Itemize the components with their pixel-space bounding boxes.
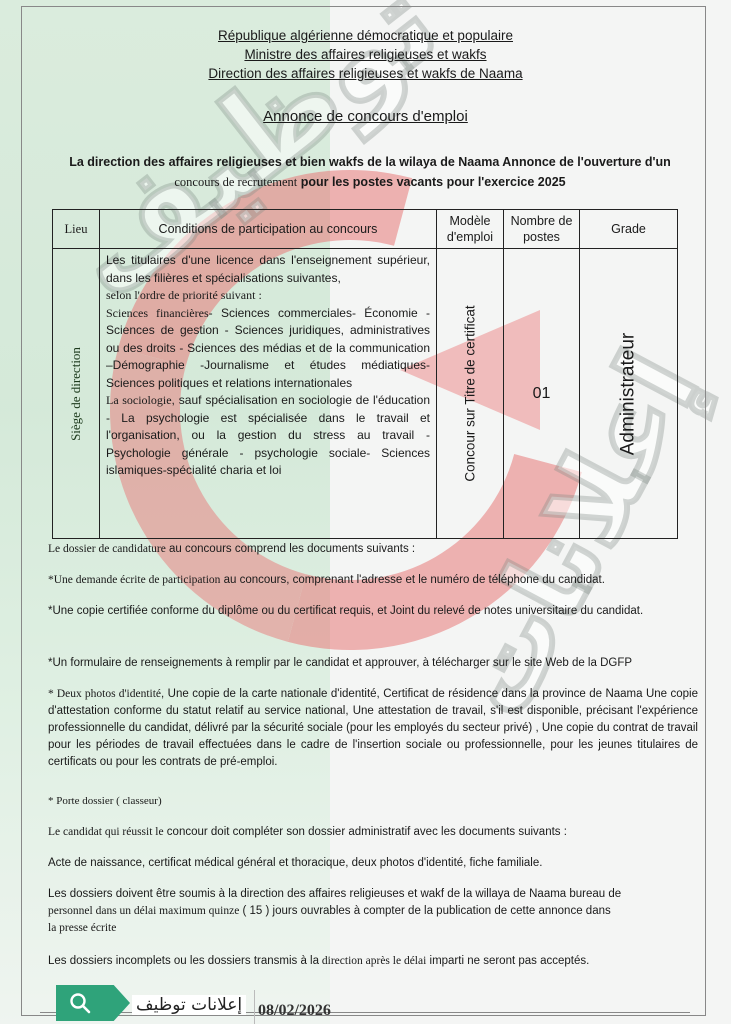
- search-icon: [68, 991, 92, 1015]
- header-republic: République algérienne démocratique et po…: [0, 28, 731, 43]
- footer-separator: [254, 990, 255, 1024]
- publish-date: 08/02/2026: [258, 1002, 331, 1020]
- cell-conditions: Les titulaires d'une licence dans l'ense…: [100, 249, 437, 539]
- cell-nombre: 01: [504, 249, 580, 539]
- page-title: Annonce de concours d'emploi: [0, 108, 731, 125]
- table-row: Siège de direction Les titulaires d'une …: [53, 249, 678, 539]
- submission-notice: Les dossiers doivent être soumis à la di…: [48, 886, 698, 937]
- col-lieu: Lieu: [53, 210, 100, 249]
- header-direction: Direction des affaires religieuses et wa…: [0, 66, 731, 81]
- cell-grade: Administrateur: [618, 332, 640, 455]
- dossier-item-3: *Un formulaire de renseignements à rempl…: [48, 655, 698, 672]
- col-modele: Modèle d'emploi: [437, 210, 504, 249]
- success-documents: Acte de naissance, certificat médical gé…: [48, 855, 698, 872]
- table-header-row: Lieu Conditions de participation au conc…: [53, 210, 678, 249]
- col-conditions: Conditions de participation au concours: [100, 210, 437, 249]
- dossier-item-2: *Une copie certifiée conforme du diplôme…: [48, 603, 698, 620]
- cell-modele: Concour sur Titre de certificat: [463, 305, 478, 481]
- dossier-intro: Le dossier de candidature au concours co…: [48, 541, 698, 558]
- col-grade: Grade: [580, 210, 678, 249]
- col-nombre: Nombre de postes: [504, 210, 580, 249]
- document: République algérienne démocratique et po…: [0, 0, 731, 1024]
- cell-lieu: Siège de direction: [68, 347, 84, 441]
- dossier-item-1: *Une demande écrite de participation au …: [48, 572, 698, 589]
- positions-table: Lieu Conditions de participation au conc…: [52, 209, 678, 539]
- dossier-item-5: * Porte dossier ( classeur): [48, 793, 698, 810]
- dossier-item-4: * Deux photos d'identité, Une copie de l…: [48, 686, 698, 771]
- intro-paragraph: La direction des affaires religieuses et…: [50, 152, 690, 192]
- success-intro: Le candidat qui réussit le concour doit …: [48, 824, 698, 841]
- header-ministry: Ministre des affaires religieuses et wak…: [0, 47, 731, 62]
- rejection-notice: Les dossiers incomplets ou les dossiers …: [48, 953, 698, 970]
- site-brand[interactable]: إعلانات توظيف: [132, 995, 246, 1015]
